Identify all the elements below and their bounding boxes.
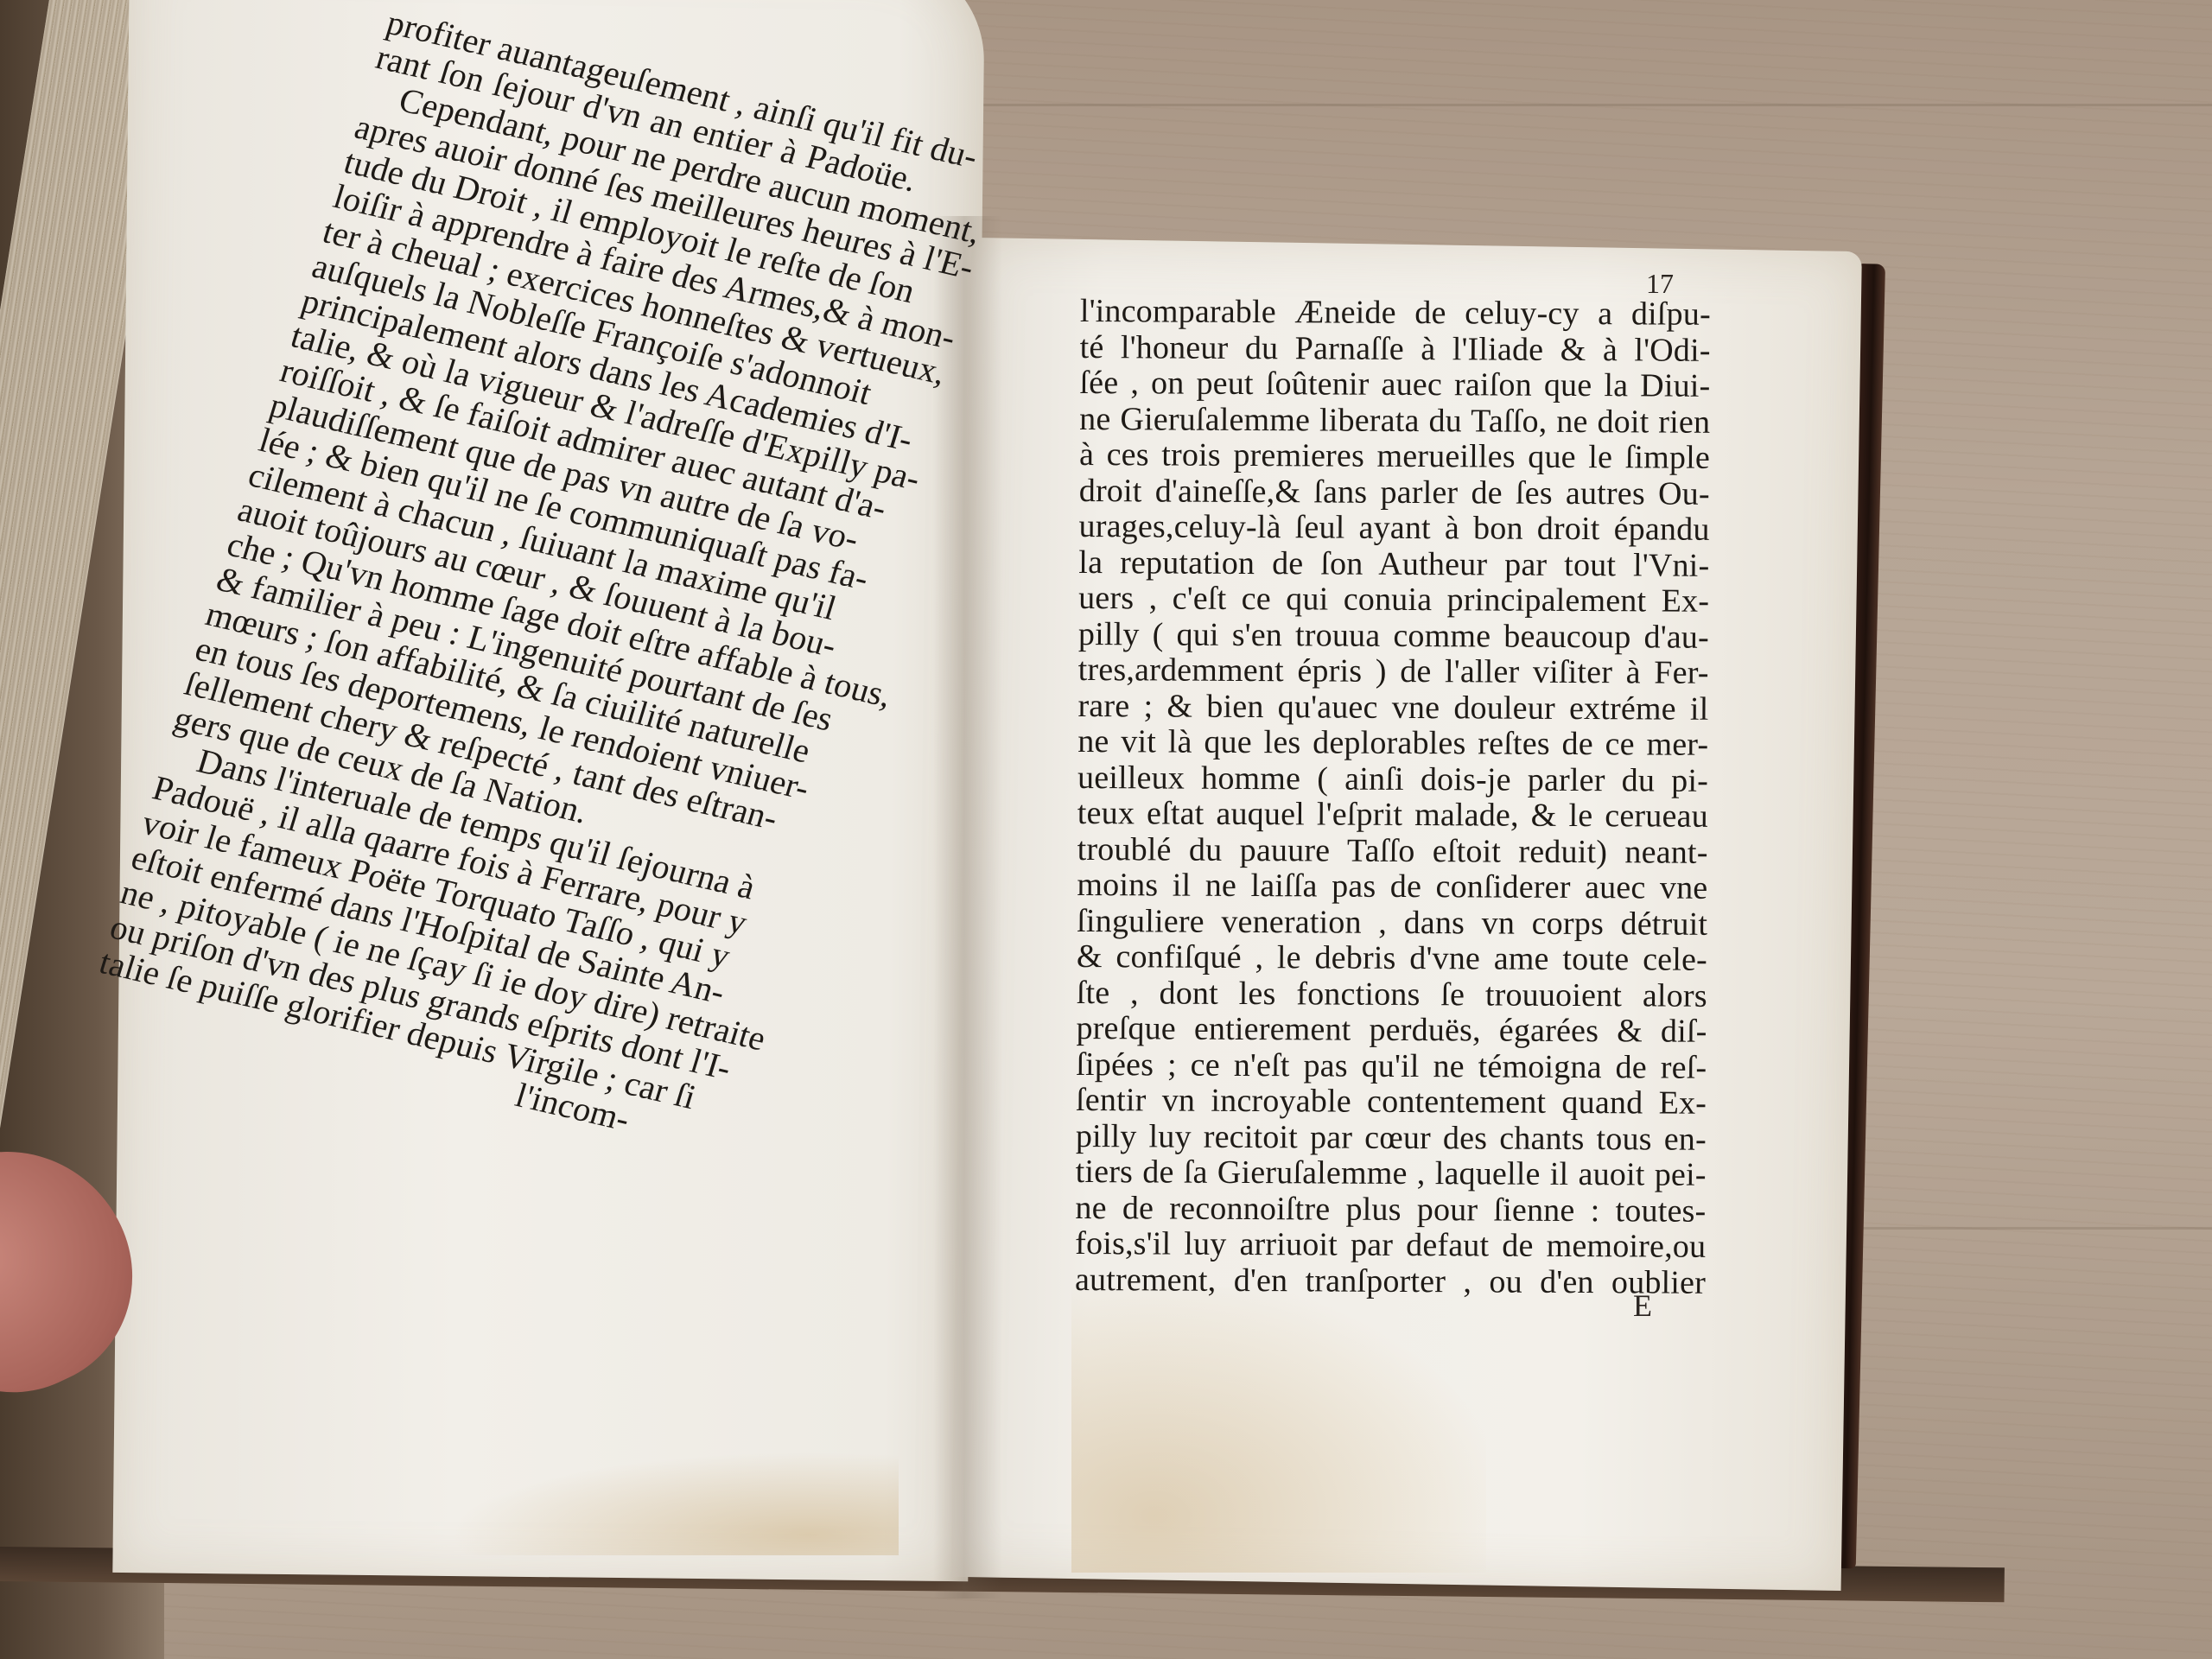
text-line: ne de reconnoiſtre plus pour ſienne : to… — [1075, 1190, 1706, 1229]
text-line: preſque entierement perduës, égarées & d… — [1076, 1011, 1707, 1050]
text-line: pilly ( qui s'en trouua comme beaucoup d… — [1078, 616, 1709, 655]
text-line: autrement, d'en tranſporter , ou d'en ou… — [1075, 1262, 1706, 1300]
text-line: tres,ardemment épris ) de l'aller viſite… — [1078, 652, 1709, 691]
text-line: ſipées ; ce n'eſt pas qu'il ne témoigna … — [1076, 1046, 1707, 1085]
text-line: ueilleux homme ( ainſi dois-je parler du… — [1077, 760, 1708, 798]
text-line: té l'honeur du Parnaſſe à l'Iliade & à l… — [1080, 329, 1711, 368]
signature-mark: E — [1633, 1287, 1652, 1324]
text-line: fois,s'il luy arriuoit par defaut de mem… — [1075, 1226, 1706, 1265]
text-line: ſte , dont les fonctions ſe trouuoient a… — [1077, 975, 1707, 1014]
water-stain-left — [449, 1452, 899, 1555]
text-line: ne Gieruſalemme liberata du Taſſo, ne do… — [1079, 401, 1710, 440]
text-line: teux eſtat auquel l'eſprit malade, & le … — [1077, 796, 1708, 835]
text-line: troublé du pauure Taſſo eſtoit reduit) n… — [1077, 831, 1708, 870]
text-line: à ces trois premieres merueilles que le … — [1079, 437, 1710, 476]
text-line: droit d'aineſſe,& ſans parler de ſes aut… — [1079, 473, 1710, 512]
text-line: urages,celuy-là ſeul ayant à bon droit é… — [1078, 509, 1709, 548]
text-line: ſinguliere veneration , dans vn corps dé… — [1077, 903, 1707, 942]
water-stain-right — [1071, 1287, 1486, 1573]
text-line: rare ; & bien qu'auec vne douleur extrém… — [1077, 688, 1708, 727]
text-line: uers , c'eſt ce qui conuia principalemen… — [1078, 581, 1709, 620]
book-gutter — [933, 216, 1002, 1599]
text-line: ne vit là que les deplorables reſtes de … — [1077, 724, 1708, 763]
text-line: l'incomparable Æneide de celuy-cy a diſp… — [1080, 294, 1711, 333]
text-line: & confiſqué , le debris d'vne ame toute … — [1077, 939, 1707, 978]
page-number: 17 — [1646, 268, 1674, 300]
text-line: moins il ne laiſſa pas de conſiderer aue… — [1077, 868, 1707, 906]
text-line: pilly luy recitoit par cœur des chants t… — [1076, 1118, 1707, 1157]
text-line: la reputation de ſon Autheur par tout l'… — [1078, 544, 1709, 583]
text-line: tiers de ſa Gieruſalemme , laquelle il a… — [1076, 1154, 1707, 1193]
text-line: ſentir vn incroyable contentement quand … — [1076, 1083, 1707, 1122]
text-line: ſée , on peut ſoûtenir auec raiſon que l… — [1079, 365, 1710, 404]
right-page-text: l'incomparable Æneide de celuy-cy a diſp… — [1075, 294, 1711, 1301]
